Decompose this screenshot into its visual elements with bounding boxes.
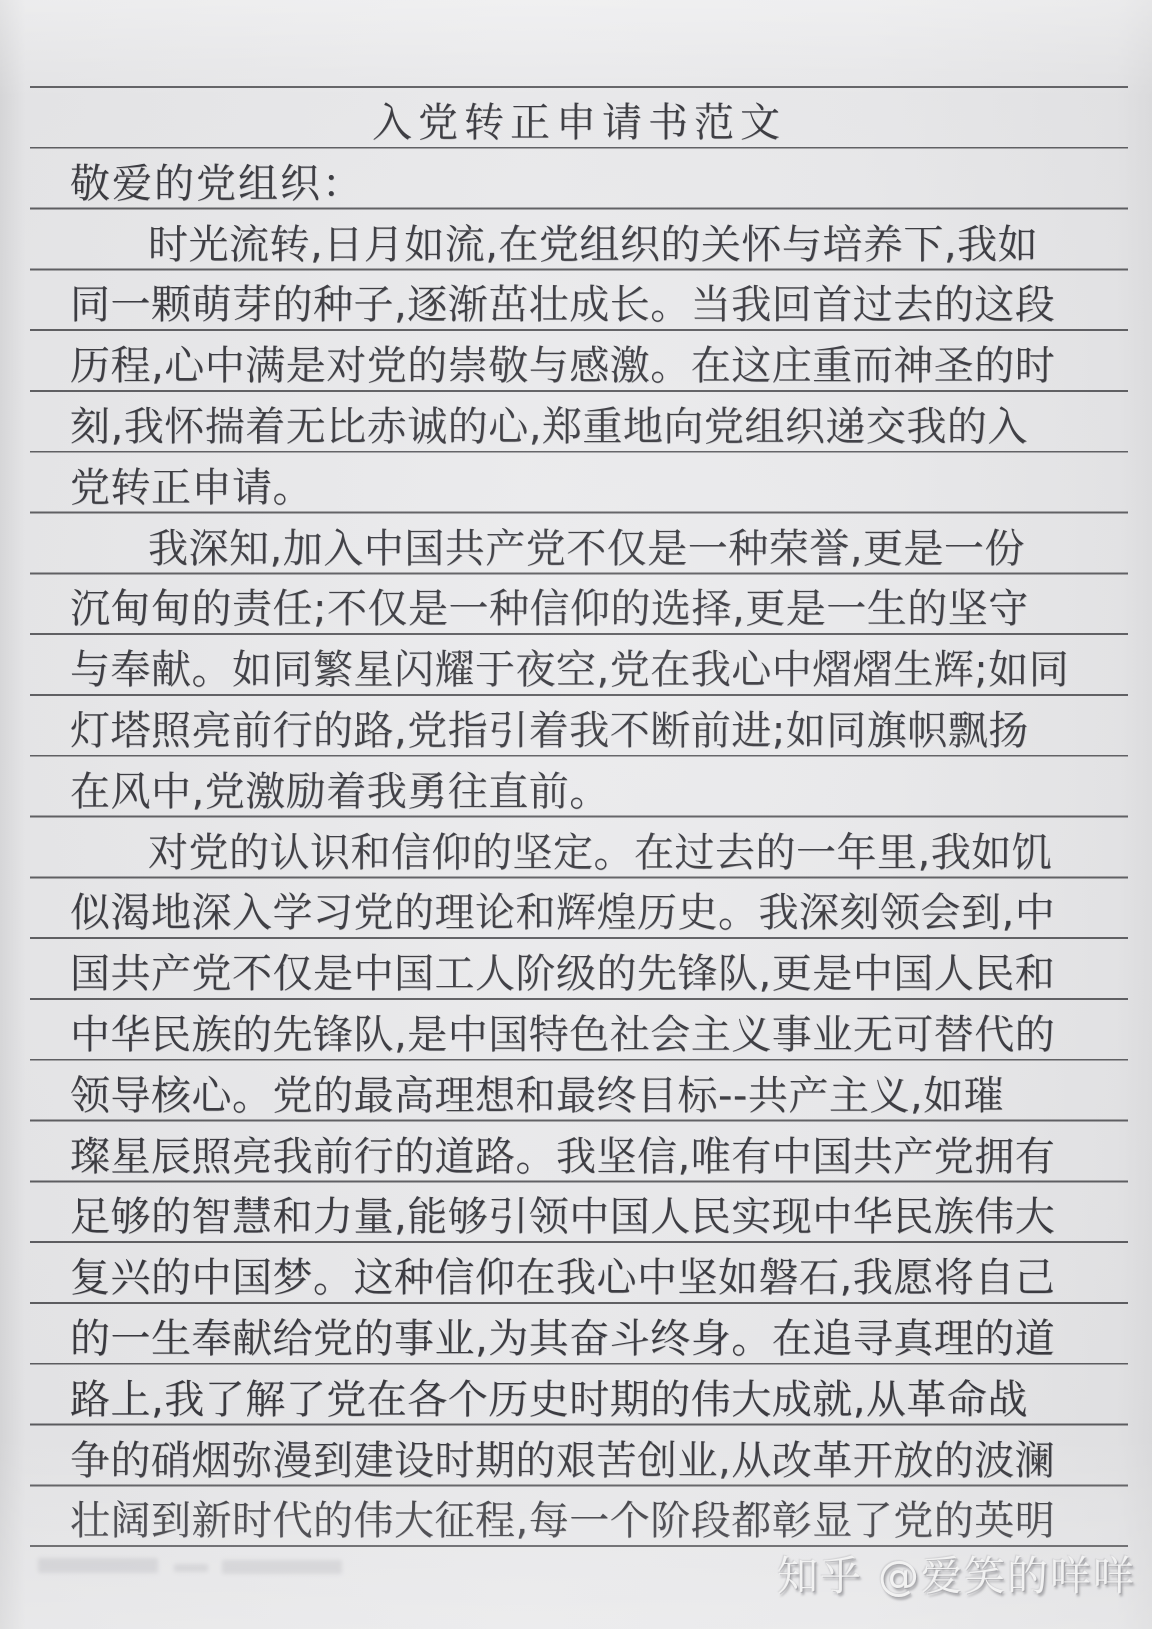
handwritten-line: 国共产党不仅是中国工人阶级的先锋队,更是中国人民和 — [70, 944, 1128, 1005]
handwritten-line: 与奉献。如同繁星闪耀于夜空,党在我心中熠熠生辉;如同 — [70, 640, 1128, 701]
handwritten-line: 璨星辰照亮我前行的道路。我坚信,唯有中国共产党拥有 — [70, 1127, 1128, 1188]
handwritten-line: 在风中,党激励着我勇往直前。 — [70, 762, 1128, 823]
handwritten-line: 历程,心中满是对党的崇敬与感激。在这庄重而神圣的时 — [70, 336, 1128, 397]
handwritten-line: 中华民族的先锋队,是中国特色社会主义事业无可替代的 — [70, 1005, 1128, 1066]
handwritten-line: 我深知,加入中国共产党不仅是一种荣誉,更是一份 — [70, 519, 1128, 580]
handwritten-line: 争的硝烟弥漫到建设时期的艰苦创业,从改革开放的波澜 — [70, 1431, 1128, 1492]
salutation: 敬爱的党组织： — [70, 154, 1128, 215]
handwritten-line: 的一生奉献给党的事业,为其奋斗终身。在追寻真理的道 — [70, 1309, 1128, 1370]
handwritten-line: 领导核心。党的最高理想和最终目标--共产主义,如璀 — [70, 1066, 1128, 1127]
handwritten-line: 路上,我了解了党在各个历史时期的伟大成就,从革命战 — [70, 1370, 1128, 1431]
handwritten-line: 灯塔照亮前行的路,党指引着我不断前进;如同旗帜飘扬 — [70, 701, 1128, 762]
handwritten-line: 对党的认识和信仰的坚定。在过去的一年里,我如饥 — [70, 823, 1128, 884]
handwritten-line: 党转正申请。 — [70, 458, 1128, 519]
handwritten-line: 复兴的中国梦。这种信仰在我心中坚如磐石,我愿将自己 — [70, 1248, 1128, 1309]
ink-bleed-through-marks — [18, 1552, 348, 1586]
handwritten-line: 似渴地深入学习党的理论和辉煌历史。我深刻领会到,中 — [70, 883, 1128, 944]
handwritten-line: 同一颗萌芽的种子,逐渐茁壮成长。当我回首过去的这段 — [70, 275, 1128, 336]
handwritten-line: 壮阔到新时代的伟大征程,每一个阶段都彰显了党的英明 — [70, 1491, 1128, 1552]
handwritten-line: 时光流转,日月如流,在党组织的关怀与培养下,我如 — [70, 215, 1128, 276]
scanned-letter-page: 入党转正申请书范文 敬爱的党组织： 时光流转,日月如流,在党组织的关怀与培养下,… — [0, 0, 1152, 1629]
watermark: 知乎 @爱笑的咩咩 — [777, 1552, 1136, 1600]
handwritten-line: 沉甸甸的责任;不仅是一种信仰的选择,更是一生的坚守 — [70, 579, 1128, 640]
handwritten-line: 足够的智慧和力量,能够引领中国人民实现中华民族伟大 — [70, 1187, 1128, 1248]
handwritten-line: 刻,我怀揣着无比赤诚的心,郑重地向党组织递交我的入 — [70, 397, 1128, 458]
page-title: 入党转正申请书范文 — [34, 93, 1124, 154]
